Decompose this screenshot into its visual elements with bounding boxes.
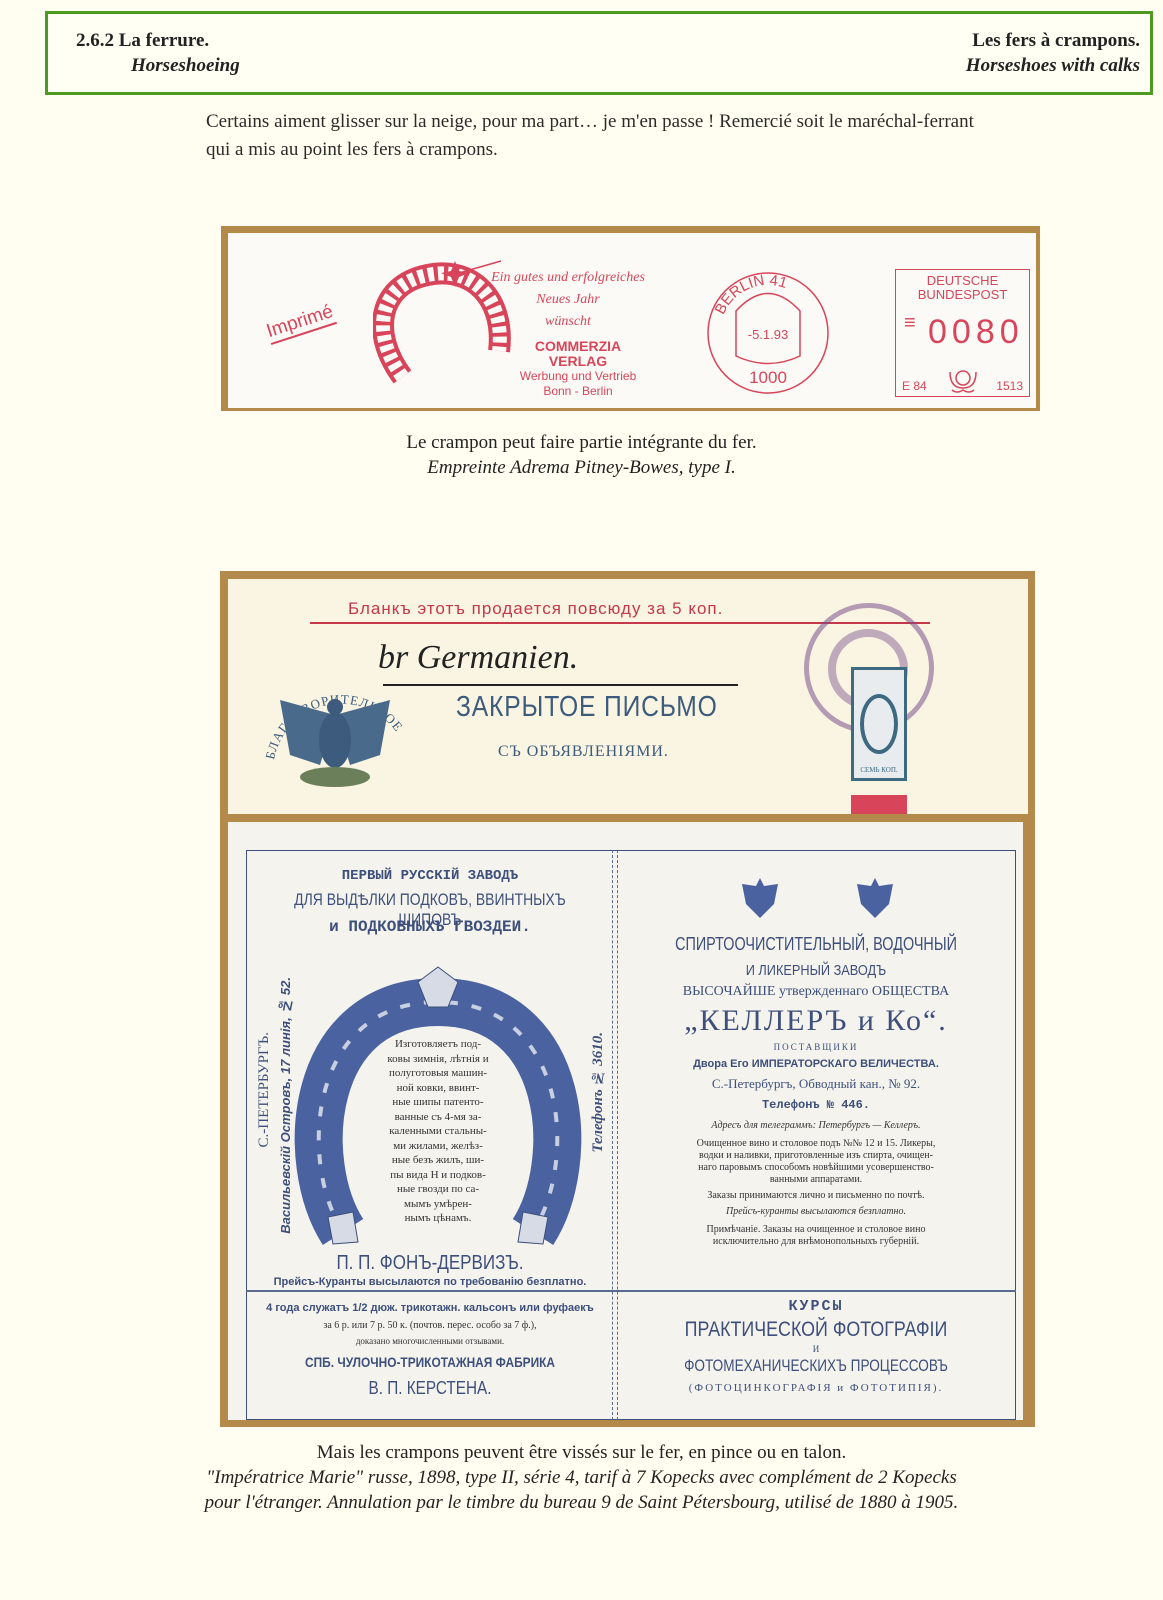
desc-line: ковы зимнія, лѣтнія и [373, 1052, 503, 1067]
desc-line: полуготовыя машин- [373, 1066, 503, 1081]
imprime-label: Imprimé [264, 301, 337, 345]
caption-item-1: Le crampon peut faire partie intégrante … [0, 430, 1163, 480]
ad-bl-line4: СПБ. ЧУЛОЧНО-ТРИКОТАЖНАЯ ФАБРИКА [275, 1354, 584, 1370]
page-header: 2.6.2 La ferrure. Horseshoeing Les fers … [45, 11, 1153, 95]
note-line: исключительно для внѣмонопольныхъ губерн… [616, 1236, 1016, 1248]
desc-line: пы вида Н и подков- [373, 1168, 503, 1183]
postmark-date: -5.1.93 [748, 327, 788, 342]
desc-line: ные шипы патенто- [373, 1095, 503, 1110]
desc-line: каленными стальны- [373, 1124, 503, 1139]
ad-row-divider [246, 1290, 1016, 1292]
meter-cover: Imprimé Ein gutes und erfolgreiches Neue… [228, 233, 1036, 408]
ad-br-line3: И [616, 1344, 1016, 1354]
sheet-subtitle: СЪ ОБЪЯВЛЕНІЯМИ. [498, 743, 669, 761]
topic-title-en: Horseshoes with calks [966, 53, 1140, 78]
ad-right-court: Двора Его ИМПЕРАТОРСКАГО ВЕЛИЧЕСТВА. [616, 1058, 1016, 1070]
ad-right-pricelist: Прейсъ-куранты высылаются безплатно. [616, 1206, 1016, 1217]
ad-right-line2: И ЛИКЕРНЫЙ ЗАВОДЪ [646, 962, 986, 979]
topic-title: Les fers à crampons. [966, 28, 1140, 53]
ad-right-telegram: Адресъ для телеграммъ: Петербургъ — Келл… [616, 1120, 1016, 1131]
desc-line: ные гвозди по са- [373, 1182, 503, 1197]
ad-right-address: С.-Петербургъ, Обводный кан., № 92. [616, 1076, 1016, 1092]
desc-line: мымъ умѣрен- [373, 1197, 503, 1212]
ad-right-supplier: ПОСТАВЩИКИ [616, 1042, 1016, 1052]
desc-line: ные безъ жилъ, ши- [373, 1153, 503, 1168]
ad-left-name: П. П. ФОНЪ-ДЕРВИЗЪ. [275, 1252, 584, 1275]
meter-title-line: DEUTSCHE [896, 274, 1029, 288]
ad-right-phone: Телефонъ № 446. [616, 1098, 1016, 1112]
ad-br-line1: КУРСЫ [616, 1298, 1016, 1315]
meter-dash-icon: ≡ [904, 318, 916, 328]
ad-bl-line1: 4 года служатъ 1/2 дюж. трикотажн. кальс… [248, 1302, 612, 1314]
greeting-line: wünscht [478, 311, 658, 333]
ad-right-body: Очищенное вино и столовое подъ №№ 12 и 1… [616, 1138, 1016, 1186]
stamp-eagle-icon [860, 694, 898, 754]
sheet-title: ЗАКРЫТОЕ ПИСЬМО [456, 691, 718, 724]
ad-bl-line5: В. П. КЕРСТЕНА. [275, 1378, 584, 1399]
section-title-en: Horseshoeing [76, 53, 240, 78]
section-heading: 2.6.2 La ferrure. Horseshoeing [76, 28, 240, 78]
berlin-postmark: BERLIN 41 -5.1.93 1000 [706, 271, 830, 395]
desc-line: ной ковки, ввинт- [373, 1081, 503, 1096]
ad-right-note: Примѣчаніе. Заказы на очищенное и столов… [616, 1224, 1016, 1248]
section-title: 2.6.2 La ferrure. [76, 28, 240, 53]
postmark-code: 1000 [749, 368, 787, 387]
note-line: Примѣчаніе. Заказы на очищенное и столов… [616, 1224, 1016, 1236]
ad-left-line1: ПЕРВЫЙ РУССКІЙ ЗАВОДЪ [248, 868, 612, 884]
letter-sheet: Бланкъ этотъ продается повсюду за 5 коп.… [228, 579, 1028, 814]
ad-column-divider [612, 850, 618, 1420]
company-line: Bonn - Berlin [513, 384, 643, 399]
ad-bl-line2: за 6 р. или 7 р. 50 к. (почтов. перес. о… [248, 1320, 612, 1331]
stamp-label: СЕМЬ КОП. [854, 766, 904, 774]
meter-title-line: BUNDESPOST [896, 288, 1029, 302]
intro-line: Certains aiment glisser sur la neige, po… [206, 108, 1136, 136]
body-line: Очищенное вино и столовое подъ №№ 12 и 1… [616, 1138, 1016, 1150]
ad-bl-line3: доказано многочисленными отзывами. [248, 1336, 612, 1346]
company-line: Werbung und Vertrieb [513, 369, 643, 384]
posthorn-icon [946, 368, 980, 394]
meter-value: 0080 [928, 313, 1024, 352]
address-rule [383, 684, 738, 686]
intro-line: qui a mis au point les fers à crampons. [206, 136, 1136, 164]
desc-line: ванные съ 4-мя за- [373, 1110, 503, 1125]
desc-line: ми жилами, желѣз- [373, 1139, 503, 1154]
advertisement-panel: ПЕРВЫЙ РУССКІЙ ЗАВОДЪ ДЛЯ ВЫДѢЛКИ ПОДКОВ… [228, 822, 1023, 1420]
caption-item-2: Mais les crampons peuvent être vissés su… [0, 1440, 1163, 1515]
caption-line: Mais les crampons peuvent être vissés su… [0, 1440, 1163, 1465]
greeting-line: Ein gutes und erfolgreiches [478, 267, 658, 289]
body-line: наго паровымъ способомъ новѣйшими усовер… [616, 1162, 1016, 1174]
stamp-3-kopecks [851, 795, 907, 814]
ad-left-side-phone: Телефонъ № 3610. [590, 1032, 607, 1153]
company-name: COMMERZIA VERLAG [513, 339, 643, 369]
ad-left-line3: и ПОДКОВНЫХЪ ГВОЗДЕИ. [248, 918, 612, 936]
caption-line-italic: "Impératrice Marie" russe, 1898, type II… [0, 1465, 1163, 1490]
greeting-line: Neues Jahr [478, 289, 658, 311]
ad-br-line4: ФОТОМЕХАНИЧЕСКИХЪ ПРОЦЕССОВЪ [656, 1356, 976, 1376]
meter-title: DEUTSCHE BUNDESPOST [896, 274, 1029, 302]
meter-code: E 84 [902, 379, 927, 393]
caption-line-italic: pour l'étranger. Annulation par le timbr… [0, 1490, 1163, 1515]
ad-right-brand: „КЕЛЛЕРЪ и Ко“. [616, 1004, 1016, 1038]
body-line: водки и наливки, приготовленные изъ спир… [616, 1150, 1016, 1162]
desc-line: нымъ цѣнамъ. [373, 1211, 503, 1226]
ad-right-line1: СПИРТООЧИСТИТЕЛЬНЫЙ, ВОДОЧНЫЙ [656, 934, 976, 955]
price-banner: Бланкъ этотъ продается повсюду за 5 коп. [348, 599, 723, 619]
body-line: ванными аппаратами. [616, 1174, 1016, 1186]
ad-left-side-city: С.-ПЕТЕРБУРГЪ. [256, 1032, 273, 1147]
company-block: COMMERZIA VERLAG Werbung und Vertrieb Bo… [513, 339, 643, 399]
imperial-eagle-icon [738, 874, 782, 924]
ad-right-line3: ВЫСОЧАЙШЕ утвержденнаго ОБЩЕСТВА [616, 984, 1016, 1000]
horseshoe-description: Изготовляетъ под- ковы зимнія, лѣтнія и … [373, 1037, 503, 1226]
intro-text: Certains aiment glisser sur la neige, po… [206, 108, 1136, 164]
franking-meter: DEUTSCHE BUNDESPOST ≡ 0080 E 84 1513 [895, 269, 1030, 397]
ad-br-line2: ПРАКТИЧЕСКОЙ ФОТОГРАФІИ [646, 1318, 986, 1342]
ad-br-line5: (ФОТОЦИНКОГРАФІЯ и ФОТОТИПІЯ). [616, 1382, 1016, 1394]
caption-line: Le crampon peut faire partie intégrante … [0, 430, 1163, 455]
meter-number: 1513 [996, 379, 1023, 393]
imperial-eagle-icon [853, 874, 897, 924]
pelican-emblem-icon [260, 685, 410, 795]
desc-line: Изготовляетъ под- [373, 1037, 503, 1052]
greeting-text: Ein gutes und erfolgreiches Neues Jahr w… [478, 267, 658, 333]
stamp-7-kopecks: СЕМЬ КОП. [851, 667, 907, 781]
caption-line-italic: Empreinte Adrema Pitney-Bowes, type I. [0, 455, 1163, 480]
ad-right-orders: Заказы принимаются лично и письменно по … [616, 1190, 1016, 1201]
ad-left-pricelist: Прейсъ-Куранты высылаются по требованію … [248, 1276, 612, 1288]
topic-heading: Les fers à crampons. Horseshoes with cal… [966, 28, 1140, 78]
